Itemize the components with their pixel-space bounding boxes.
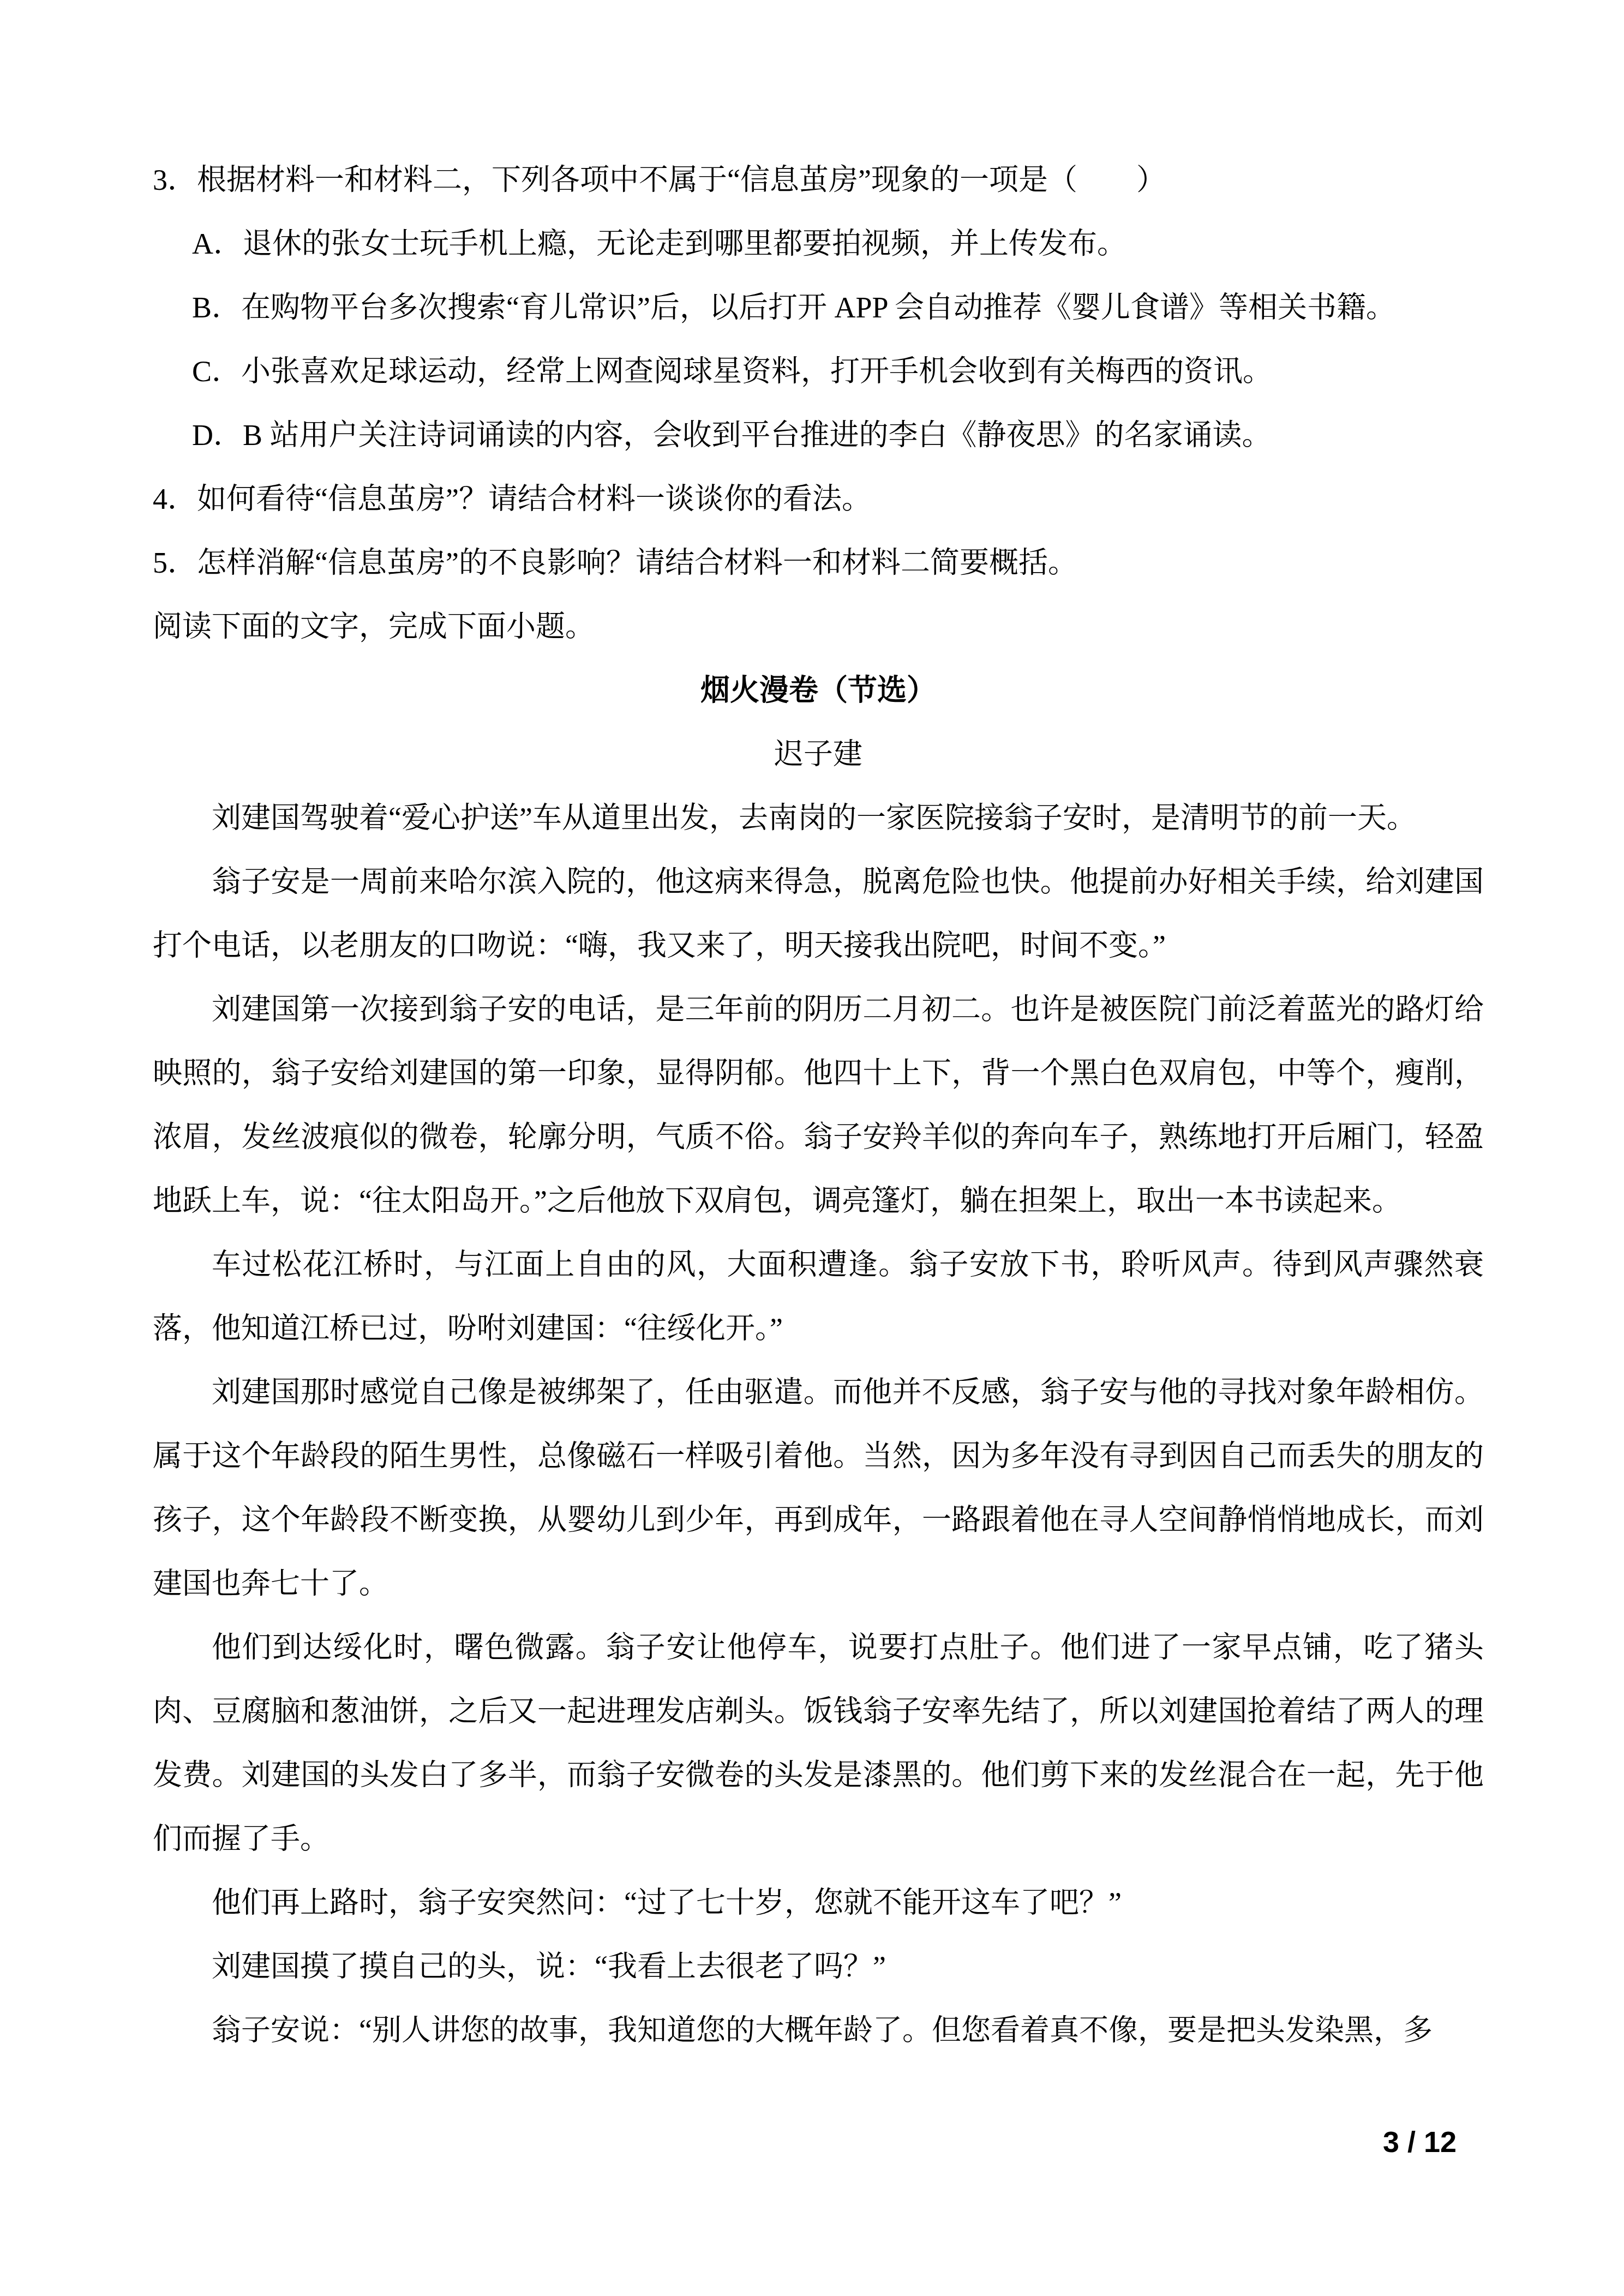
passage-paragraph-8: 刘建国摸了摸自己的头，说：“我看上去很老了吗？” xyxy=(153,1935,1484,1999)
passage-paragraph-9: 翁子安说：“别人讲您的故事，我知道您的大概年龄了。但您看着真不像，要是把头发染黑… xyxy=(153,1999,1484,2063)
reading-instruction: 阅读下面的文字，完成下面小题。 xyxy=(153,595,1484,659)
question-3-option-c: C．小张喜欢足球运动，经常上网查阅球星资料，打开手机会收到有关梅西的资讯。 xyxy=(153,340,1484,404)
question-3-option-d: D．B 站用户关注诗词诵读的内容，会收到平台推进的李白《静夜思》的名家诵读。 xyxy=(153,404,1484,467)
question-5: 5．怎样消解“信息茧房”的不良影响？请结合材料一和材料二简要概括。 xyxy=(153,531,1484,595)
passage-paragraph-3: 刘建国第一次接到翁子安的电话，是三年前的阴历二月初二。也许是被医院门前泛着蓝光的… xyxy=(153,978,1484,1233)
passage-title: 烟火漫卷（节选） xyxy=(153,659,1484,723)
passage-paragraph-6: 他们到达绥化时，曙色微露。翁子安让他停车，说要打点肚子。他们进了一家早点铺，吃了… xyxy=(153,1616,1484,1871)
question-3-option-b: B．在购物平台多次搜索“育儿常识”后，以后打开 APP 会自动推荐《婴儿食谱》等… xyxy=(153,276,1484,340)
document-page: { "questions": { "q3": "3．根据材料一和材料二，下列各项… xyxy=(0,0,1624,2296)
page-number: 3 / 12 xyxy=(1383,2126,1457,2159)
question-3: 3．根据材料一和材料二，下列各项中不属于“信息茧房”现象的一项是（ ） xyxy=(153,148,1484,212)
passage-paragraph-4: 车过松花江桥时，与江面上自由的风，大面积遭逢。翁子安放下书，聆听风声。待到风声骤… xyxy=(153,1233,1484,1361)
passage-paragraph-5: 刘建国那时感觉自己像是被绑架了，任由驱遣。而他并不反感，翁子安与他的寻找对象年龄… xyxy=(153,1361,1484,1616)
question-3-option-a: A．退休的张女士玩手机上瘾，无论走到哪里都要拍视频，并上传发布。 xyxy=(153,212,1484,276)
page-content: 3．根据材料一和材料二，下列各项中不属于“信息茧房”现象的一项是（ ） A．退休… xyxy=(153,148,1484,2063)
passage-paragraph-2: 翁子安是一周前来哈尔滨入院的，他这病来得急，脱离危险也快。他提前办好相关手续，给… xyxy=(153,850,1484,978)
question-4: 4．如何看待“信息茧房”？请结合材料一谈谈你的看法。 xyxy=(153,467,1484,531)
passage-paragraph-1: 刘建国驾驶着“爱心护送”车从道里出发，去南岗的一家医院接翁子安时，是清明节的前一… xyxy=(153,786,1484,850)
passage-paragraph-7: 他们再上路时，翁子安突然问：“过了七十岁，您就不能开这车了吧？” xyxy=(153,1871,1484,1935)
passage-author: 迟子建 xyxy=(153,723,1484,786)
